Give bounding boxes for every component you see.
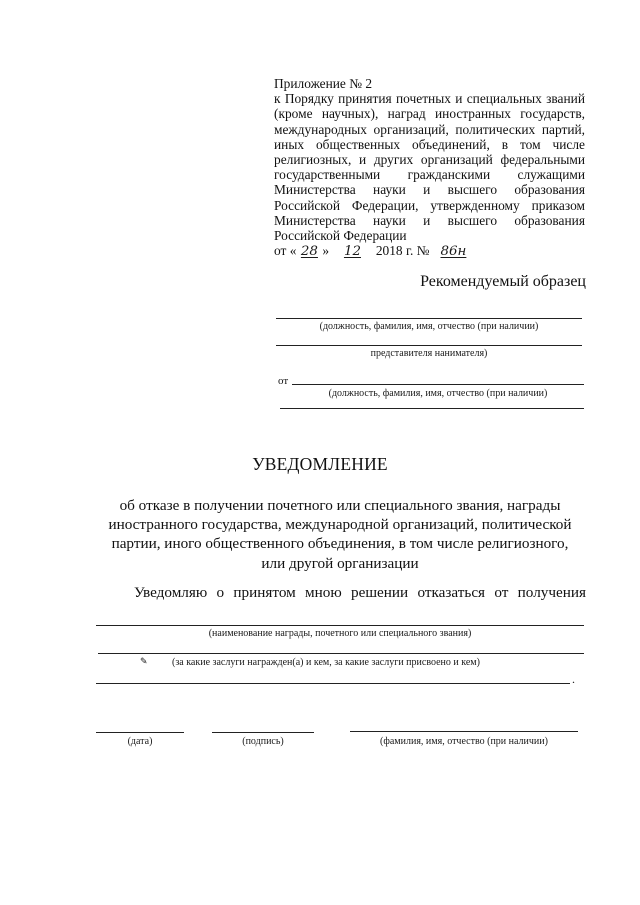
appendix-line: иных общественных объединений, в том чис… (274, 137, 585, 152)
merits-line (98, 653, 584, 654)
appendix-heading: Приложение № 2 (274, 76, 585, 91)
scan-mark-icon: ✎ (140, 656, 148, 667)
statement-text: Уведомляю о принятом мною решении отказа… (134, 584, 586, 602)
appendix-line: к Порядку принятия почетных и специальны… (274, 91, 585, 106)
addressee-caption-2: представителя нанимателя) (276, 348, 582, 359)
addressee-caption-1: (должность, фамилия, имя, отчество (при … (276, 321, 582, 332)
sender-caption: (должность, фамилия, имя, отчество (при … (292, 388, 584, 399)
award-name-line (96, 625, 584, 626)
subtitle-line: партии, иного общественного объединения,… (92, 534, 588, 553)
appendix-last-line: Российской Федерации (274, 228, 585, 243)
addressee-line-1 (276, 318, 582, 319)
from-label: от (278, 375, 288, 387)
full-name-caption: (фамилия, имя, отчество (при наличии) (350, 736, 578, 747)
appendix-line: государственными гражданскими служащими (274, 167, 585, 182)
subtitle-line: или другой организации (92, 554, 588, 573)
appendix-line: Министерства науки и высшего образования (274, 182, 585, 197)
subtitle-line: об отказе в получении почетного или спец… (92, 496, 588, 515)
addressee-line-2 (276, 345, 582, 346)
appendix-line: Министерства науки и высшего образования (274, 213, 585, 228)
date-caption: (дата) (96, 736, 184, 747)
appendix-line: религиозных, и других организаций федера… (274, 152, 585, 167)
award-name-caption: (наименование награды, почетного или спе… (96, 628, 584, 639)
appendix-line: (кроме научных), наград иностранных госу… (274, 106, 585, 121)
document-subtitle: об отказе в получении почетного или спец… (92, 496, 588, 573)
subtitle-line: иностранного государства, международной … (92, 515, 588, 534)
handwritten-order-number: 86н (429, 244, 477, 259)
date-prefix: от « (274, 243, 296, 258)
signature-line (212, 732, 314, 733)
appendix-block: Приложение № 2 к Порядку принятия почетн… (274, 76, 585, 259)
handwritten-day: 28 (296, 244, 322, 259)
handwritten-month: 12 (332, 244, 372, 259)
recommended-sample-label: Рекомендуемый образец (420, 273, 586, 291)
year-text: 2018 г. № (376, 243, 430, 258)
date-mid: » (322, 243, 329, 258)
appendix-line: международных организаций, политических … (274, 122, 585, 137)
order-date-line: от «28» 12 2018 г. №86н (274, 243, 585, 259)
appendix-line: Российской Федерации, утвержденному прик… (274, 198, 585, 213)
document-title: УВЕДОМЛЕНИЕ (0, 454, 640, 475)
end-period: . (572, 672, 575, 687)
sender-line-1 (292, 384, 584, 385)
merits-caption: (за какие заслуги награжден(а) и кем, за… (172, 657, 480, 668)
merits-line-2 (96, 683, 570, 684)
date-line (96, 732, 184, 733)
sender-line-2 (280, 408, 584, 409)
full-name-line (350, 731, 578, 732)
signature-caption: (подпись) (212, 736, 314, 747)
